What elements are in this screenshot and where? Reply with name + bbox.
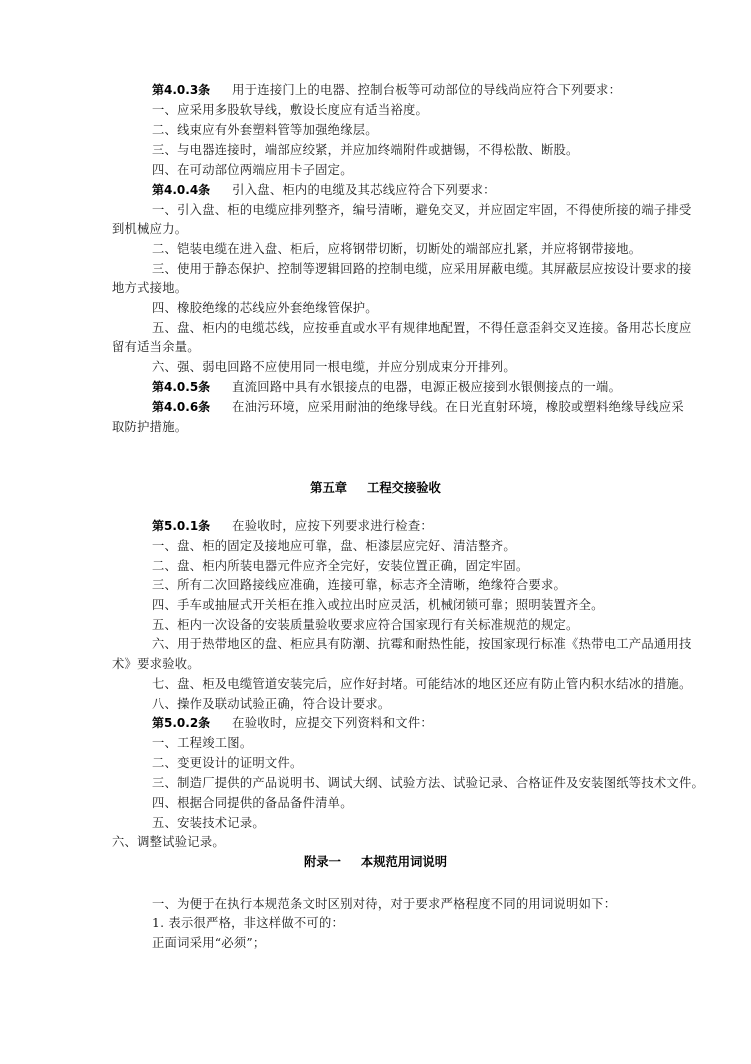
article-number: 第5.0.1条 bbox=[152, 519, 210, 533]
article-text: 引入盘、柜内的电缆及其芯线应符合下列要求： bbox=[232, 183, 496, 197]
list-item: 八、操作及联动试验正确，符合设计要求。 bbox=[152, 696, 390, 712]
list-item: 二、铠装电缆在进入盘、柜后，应将钢带切断，切断处的端部应扎紧，并应将钢带接地。 bbox=[152, 241, 641, 257]
list-item: 三、所有二次回路接线应准确，连接可靠，标志齐全清晰，绝缘符合要求。 bbox=[152, 577, 566, 593]
article-number: 第5.0.2条 bbox=[152, 716, 210, 730]
list-item: 三、使用于静态保护、控制等逻辑回路的控制电缆，应采用屏蔽电缆。其屏蔽层应按设计要… bbox=[152, 261, 692, 277]
list-item: 四、橡胶绝缘的芯线应外套绝缘管保护。 bbox=[152, 300, 378, 316]
article-5-0-1: 第5.0.1条在验收时，应按下列要求进行检查： bbox=[152, 518, 433, 534]
list-item: 二、盘、柜内所装电器元件应齐全完好，安装位置正确，固定牢固。 bbox=[152, 558, 528, 574]
appendix-paragraph: 一、为便于在执行本规范条文时区别对待，对于要求严格程度不同的用词说明如下： bbox=[152, 896, 616, 912]
list-item: 一、工程竣工图。 bbox=[152, 735, 252, 751]
appendix-heading: 附录一本规范用词说明 bbox=[0, 854, 751, 870]
article-number: 第4.0.5条 bbox=[152, 380, 210, 394]
list-item-continuation: 留有适当余量。 bbox=[112, 339, 200, 355]
chapter-title: 工程交接验收 bbox=[367, 481, 441, 495]
list-item: 六、强、弱电回路不应使用同一根电缆，并应分别成束分开排列。 bbox=[152, 359, 516, 375]
article-text: 直流回路中具有水银接点的电器，电源正极应接到水银侧接点的一端。 bbox=[232, 380, 621, 394]
article-4-0-5: 第4.0.5条直流回路中具有水银接点的电器，电源正极应接到水银侧接点的一端。 bbox=[152, 379, 621, 395]
list-item: 一、引入盘、柜的电缆应排列整齐，编号清晰，避免交叉，并应固定牢固，不得使所接的端… bbox=[152, 202, 692, 218]
article-4-0-4: 第4.0.4条引入盘、柜内的电缆及其芯线应符合下列要求： bbox=[152, 182, 496, 198]
article-text: 在验收时，应按下列要求进行检查： bbox=[232, 519, 433, 533]
article-4-0-3: 第4.0.3条用于连接门上的电器、控制台板等可动部位的导线尚应符合下列要求： bbox=[152, 82, 621, 98]
article-4-0-6: 第4.0.6条在油污环境，应采用耐油的绝缘导线。在日光直射环境，橡胶或塑料绝缘导… bbox=[152, 399, 684, 415]
list-item: 三、制造厂提供的产品说明书、调试大纲、试验方法、试验记录、合格证件及安装图纸等技… bbox=[152, 775, 704, 791]
list-item-continuation: 术》要求验收。 bbox=[112, 656, 200, 672]
list-item: 二、变更设计的证明文件。 bbox=[152, 755, 303, 771]
article-text: 在验收时，应提交下列资料和文件： bbox=[232, 716, 433, 730]
list-item: 六、调整试验记录。 bbox=[112, 834, 225, 850]
article-text: 用于连接门上的电器、控制台板等可动部位的导线尚应符合下列要求： bbox=[232, 83, 621, 97]
article-number: 第4.0.6条 bbox=[152, 400, 210, 414]
list-item: 七、盘、柜及电缆管道安装完后，应作好封堵。可能结冰的地区还应有防止管内积水结冰的… bbox=[152, 676, 692, 692]
article-5-0-2: 第5.0.2条在验收时，应提交下列资料和文件： bbox=[152, 715, 433, 731]
article-number: 第4.0.3条 bbox=[152, 83, 210, 97]
list-item-continuation: 地方式接地。 bbox=[112, 280, 187, 296]
list-item-continuation: 到机械应力。 bbox=[112, 221, 187, 237]
appendix-paragraph: 正面词采用“必须”； bbox=[152, 935, 265, 951]
list-item: 四、根据合同提供的备品备件清单。 bbox=[152, 795, 353, 811]
appendix-title: 本规范用词说明 bbox=[361, 855, 447, 869]
list-item: 四、手车或抽屉式开关柜在推入或拉出时应灵活，机械闭锁可靠；照明装置齐全。 bbox=[152, 597, 604, 613]
appendix-label: 附录一 bbox=[304, 855, 341, 869]
list-item: 一、应采用多股软导线，敷设长度应有适当裕度。 bbox=[152, 102, 428, 118]
list-item: 一、盘、柜的固定及接地应可靠，盘、柜漆层应完好、清洁整齐。 bbox=[152, 538, 516, 554]
document-page: 第4.0.3条用于连接门上的电器、控制台板等可动部位的导线尚应符合下列要求： 一… bbox=[0, 0, 751, 1064]
chapter-label: 第五章 bbox=[310, 481, 347, 495]
list-item: 四、在可动部位两端应用卡子固定。 bbox=[152, 162, 353, 178]
appendix-paragraph: 1. 表示很严格，非这样做不可的： bbox=[152, 915, 344, 931]
list-item: 五、盘、柜内的电缆芯线，应按垂直或水平有规律地配置，不得任意歪斜交叉连接。备用芯… bbox=[152, 320, 692, 336]
list-item: 六、用于热带地区的盘、柜应具有防潮、抗霉和耐热性能，按国家现行标准《热带电工产品… bbox=[152, 636, 692, 652]
list-item: 五、柜内一次设备的安装质量验收要求应符合国家现行有关标准规范的规定。 bbox=[152, 617, 579, 633]
article-text-continuation: 取防护措施。 bbox=[112, 419, 187, 435]
chapter-heading: 第五章工程交接验收 bbox=[0, 480, 751, 496]
list-item: 三、与电器连接时，端部应绞紧，并应加终端附件或搪锡，不得松散、断股。 bbox=[152, 142, 579, 158]
list-item: 二、线束应有外套塑料管等加强绝缘层。 bbox=[152, 122, 378, 138]
article-text: 在油污环境，应采用耐油的绝缘导线。在日光直射环境，橡胶或塑料绝缘导线应采 bbox=[232, 400, 684, 414]
article-number: 第4.0.4条 bbox=[152, 183, 210, 197]
list-item: 五、安装技术记录。 bbox=[152, 815, 265, 831]
